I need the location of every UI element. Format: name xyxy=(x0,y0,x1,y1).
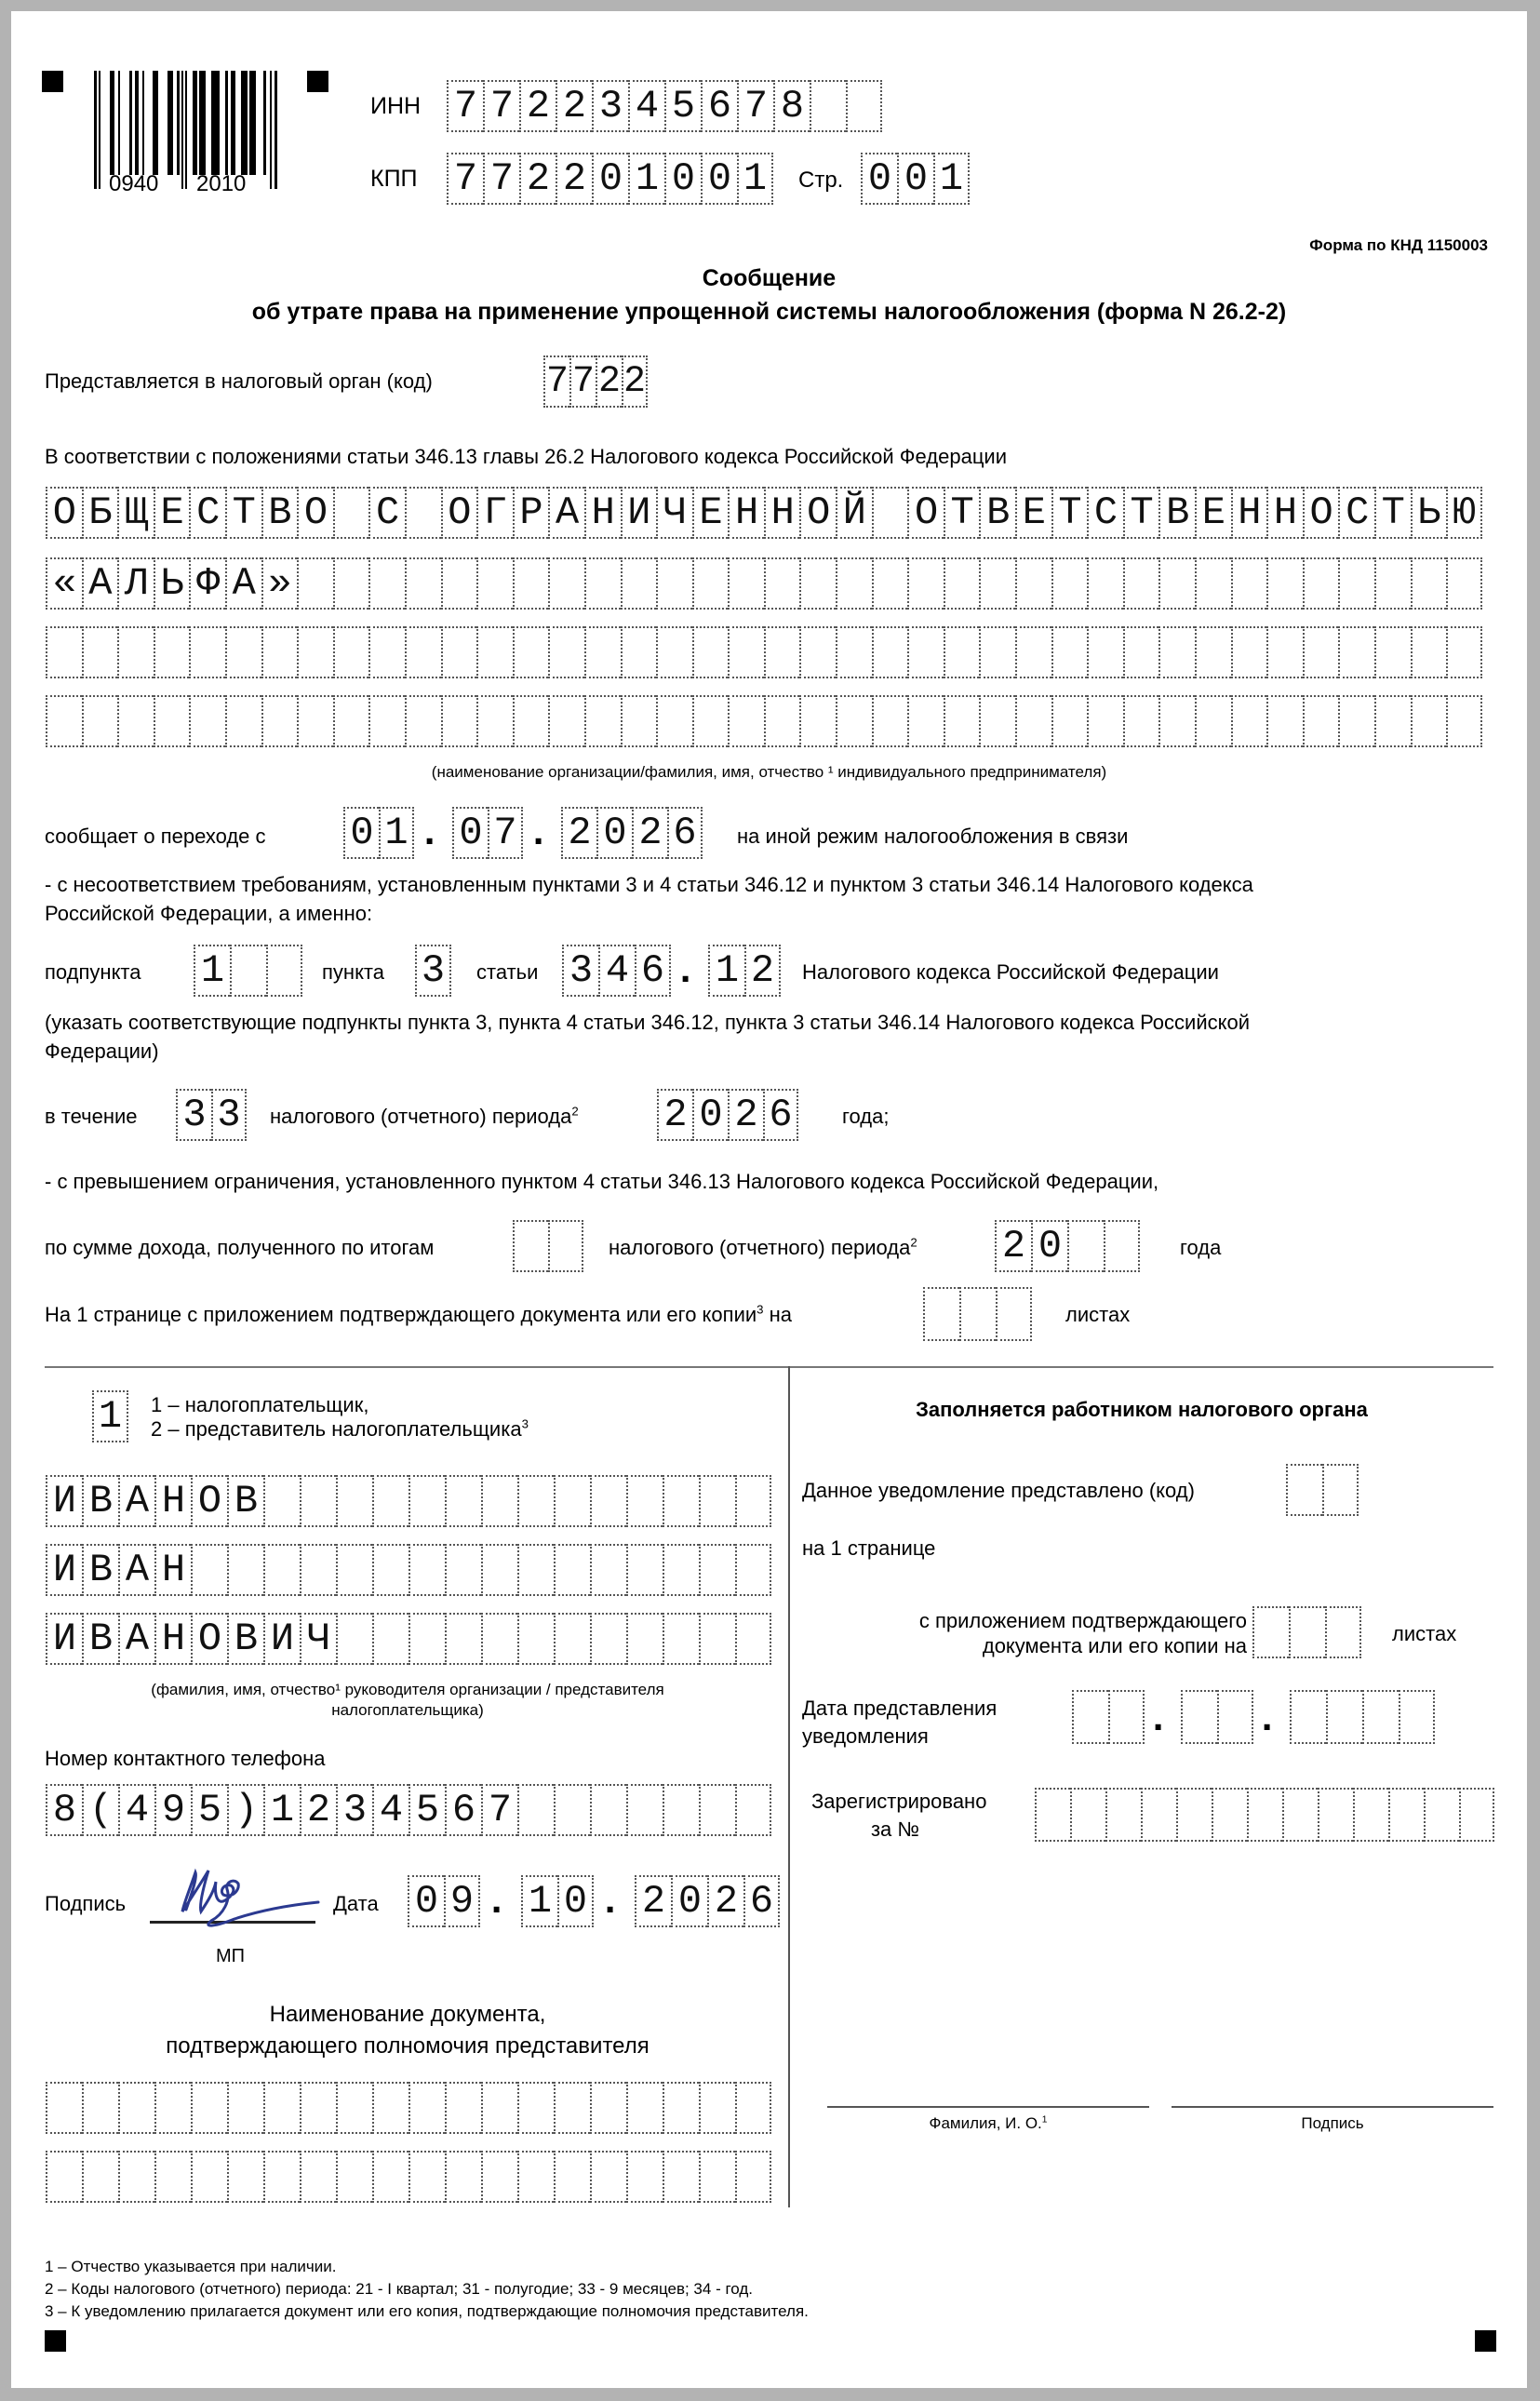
comb-cell[interactable] xyxy=(189,626,225,678)
comb-cell[interactable] xyxy=(1141,1788,1176,1842)
comb-cell[interactable] xyxy=(336,2151,372,2203)
comb-cell[interactable] xyxy=(1231,626,1267,678)
comb-cell[interactable] xyxy=(445,2151,481,2203)
comb-cell[interactable] xyxy=(261,626,298,678)
comb-cell[interactable] xyxy=(517,2082,554,2134)
comb-cell[interactable] xyxy=(513,1220,548,1272)
comb-cell[interactable] xyxy=(799,626,836,678)
comb-cell[interactable] xyxy=(735,2151,771,2203)
comb-cell[interactable]: 2 xyxy=(657,1089,692,1141)
comb-cell[interactable] xyxy=(408,1613,445,1665)
comb-cell[interactable] xyxy=(1231,695,1267,747)
comb-cell[interactable] xyxy=(441,626,477,678)
comb-cell[interactable]: 0 xyxy=(592,153,628,205)
comb-cell[interactable] xyxy=(1231,557,1267,610)
comb-cell[interactable] xyxy=(735,1613,771,1665)
comb-cell[interactable] xyxy=(481,1544,517,1596)
comb-cell[interactable]: И xyxy=(46,1613,82,1665)
comb-cell[interactable] xyxy=(372,1613,408,1665)
comb-cell[interactable] xyxy=(656,557,692,610)
period-code-field[interactable]: 33 xyxy=(176,1089,247,1141)
comb-cell[interactable] xyxy=(1266,695,1303,747)
comb-cell[interactable] xyxy=(1338,557,1374,610)
comb-cell[interactable] xyxy=(836,626,872,678)
comb-cell[interactable] xyxy=(663,2082,699,2134)
comb-cell[interactable] xyxy=(189,695,225,747)
comb-cell[interactable] xyxy=(297,695,333,747)
comb-cell[interactable]: 2 xyxy=(707,1875,743,1927)
comb-cell[interactable] xyxy=(554,2151,590,2203)
comb-cell[interactable] xyxy=(517,2151,554,2203)
comb-cell[interactable]: Т xyxy=(944,487,980,539)
reason2-period-code-field[interactable] xyxy=(513,1220,583,1272)
comb-cell[interactable] xyxy=(1195,626,1231,678)
comb-cell[interactable] xyxy=(1459,1788,1494,1842)
comb-cell[interactable] xyxy=(1318,1788,1353,1842)
comb-cell[interactable]: 1 xyxy=(92,1390,128,1442)
comb-cell[interactable]: О xyxy=(46,487,82,539)
comb-cell[interactable] xyxy=(82,626,118,678)
comb-cell[interactable] xyxy=(626,1544,663,1596)
comb-cell[interactable]: 6 xyxy=(635,945,671,997)
comb-cell[interactable] xyxy=(1087,626,1123,678)
comb-cell[interactable]: 3 xyxy=(592,80,628,132)
comb-cell[interactable] xyxy=(1087,557,1123,610)
comb-cell[interactable] xyxy=(590,2082,626,2134)
comb-cell[interactable]: 1 xyxy=(708,945,744,997)
comb-cell[interactable] xyxy=(548,1220,583,1272)
comb-cell[interactable] xyxy=(584,695,621,747)
comb-cell[interactable] xyxy=(445,1475,481,1527)
comb-cell[interactable] xyxy=(263,2082,300,2134)
transition-date-month[interactable]: 07 xyxy=(452,807,523,859)
comb-cell[interactable] xyxy=(333,626,369,678)
comb-cell[interactable]: Е xyxy=(692,487,729,539)
comb-cell[interactable] xyxy=(445,1544,481,1596)
comb-cell[interactable] xyxy=(1015,557,1051,610)
comb-cell[interactable]: Ф xyxy=(189,557,225,610)
comb-cell[interactable]: В xyxy=(979,487,1015,539)
comb-cell[interactable] xyxy=(227,2082,263,2134)
first-name-field[interactable]: ИВАН xyxy=(46,1544,771,1596)
comb-cell[interactable]: А xyxy=(548,487,584,539)
comb-cell[interactable] xyxy=(368,557,405,610)
signer-date-year[interactable]: 2026 xyxy=(635,1875,780,1927)
comb-cell[interactable]: 1 xyxy=(933,153,970,205)
comb-cell[interactable] xyxy=(405,557,441,610)
comb-cell[interactable] xyxy=(1303,626,1339,678)
comb-cell[interactable] xyxy=(1051,557,1088,610)
comb-cell[interactable] xyxy=(1411,626,1447,678)
comb-cell[interactable]: С xyxy=(1338,487,1374,539)
comb-cell[interactable] xyxy=(728,626,764,678)
comb-cell[interactable] xyxy=(923,1287,959,1341)
comb-cell[interactable] xyxy=(699,1475,735,1527)
comb-cell[interactable]: Р xyxy=(513,487,549,539)
comb-cell[interactable] xyxy=(590,1784,626,1836)
comb-cell[interactable] xyxy=(333,557,369,610)
comb-cell[interactable] xyxy=(445,2082,481,2134)
comb-cell[interactable]: 0 xyxy=(452,807,488,859)
comb-cell[interactable]: 2 xyxy=(519,80,556,132)
comb-cell[interactable]: И xyxy=(46,1544,82,1596)
comb-cell[interactable] xyxy=(548,626,584,678)
comb-cell[interactable] xyxy=(590,2151,626,2203)
registration-number-field[interactable] xyxy=(1035,1788,1494,1842)
comb-cell[interactable]: 3 xyxy=(336,1784,372,1836)
comb-cell[interactable] xyxy=(799,695,836,747)
comb-cell[interactable]: 9 xyxy=(444,1875,480,1927)
comb-cell[interactable]: 1 xyxy=(737,153,773,205)
comb-cell[interactable]: Е xyxy=(1195,487,1231,539)
comb-cell[interactable]: 3 xyxy=(415,945,451,997)
comb-cell[interactable] xyxy=(372,1475,408,1527)
comb-cell[interactable]: Е xyxy=(1015,487,1051,539)
comb-cell[interactable] xyxy=(1388,1788,1424,1842)
comb-cell[interactable] xyxy=(548,557,584,610)
comb-cell[interactable]: Г xyxy=(476,487,513,539)
comb-cell[interactable] xyxy=(1374,695,1411,747)
comb-cell[interactable] xyxy=(46,695,82,747)
comb-cell[interactable] xyxy=(225,695,261,747)
comb-cell[interactable] xyxy=(118,2082,154,2134)
comb-cell[interactable]: 0 xyxy=(343,807,379,859)
comb-cell[interactable]: Т xyxy=(1374,487,1411,539)
comb-cell[interactable]: ( xyxy=(82,1784,118,1836)
comb-cell[interactable] xyxy=(513,626,549,678)
doc-name-row-1[interactable] xyxy=(46,2082,771,2134)
comb-cell[interactable] xyxy=(1338,626,1374,678)
comb-cell[interactable]: 0 xyxy=(1031,1220,1067,1272)
comb-cell[interactable]: Ь xyxy=(1411,487,1447,539)
signer-date-month[interactable]: 10 xyxy=(521,1875,594,1927)
comb-cell[interactable] xyxy=(297,557,333,610)
comb-cell[interactable] xyxy=(1087,695,1123,747)
comb-cell[interactable] xyxy=(1015,626,1051,678)
comb-cell[interactable]: Ю xyxy=(1446,487,1482,539)
comb-cell[interactable]: 7 xyxy=(543,355,569,408)
comb-cell[interactable] xyxy=(1247,1788,1282,1842)
comb-cell[interactable] xyxy=(554,2082,590,2134)
comb-cell[interactable] xyxy=(1374,557,1411,610)
comb-cell[interactable] xyxy=(1217,1690,1253,1744)
comb-cell[interactable]: О xyxy=(799,487,836,539)
comb-cell[interactable]: 6 xyxy=(701,80,737,132)
comb-cell[interactable]: 5 xyxy=(191,1784,227,1836)
comb-cell[interactable] xyxy=(590,1544,626,1596)
comb-cell[interactable]: 2 xyxy=(561,807,596,859)
tax-authority-code-field[interactable]: 7722 xyxy=(543,355,648,408)
comb-cell[interactable]: А xyxy=(118,1613,154,1665)
comb-cell[interactable] xyxy=(481,2151,517,2203)
comb-cell[interactable] xyxy=(663,1475,699,1527)
comb-cell[interactable]: 8 xyxy=(773,80,810,132)
comb-cell[interactable] xyxy=(372,1544,408,1596)
comb-cell[interactable] xyxy=(368,695,405,747)
comb-cell[interactable] xyxy=(1286,1464,1322,1516)
transition-date-day[interactable]: 01 xyxy=(343,807,414,859)
comb-cell[interactable]: 6 xyxy=(743,1875,780,1927)
comb-cell[interactable] xyxy=(333,487,369,539)
comb-cell[interactable] xyxy=(405,487,441,539)
comb-cell[interactable] xyxy=(621,557,657,610)
comb-cell[interactable] xyxy=(408,1475,445,1527)
comb-cell[interactable]: 2 xyxy=(596,355,622,408)
comb-cell[interactable] xyxy=(836,695,872,747)
comb-cell[interactable] xyxy=(728,557,764,610)
submission-date-day[interactable] xyxy=(1072,1690,1145,1744)
comb-cell[interactable] xyxy=(764,695,800,747)
comb-cell[interactable] xyxy=(118,2151,154,2203)
comb-cell[interactable] xyxy=(300,2082,336,2134)
comb-cell[interactable]: 4 xyxy=(598,945,635,997)
comb-cell[interactable]: Н xyxy=(764,487,800,539)
comb-cell[interactable]: О xyxy=(191,1475,227,1527)
comb-cell[interactable] xyxy=(476,695,513,747)
reason2-year-field[interactable]: 20 xyxy=(995,1220,1140,1272)
comb-cell[interactable]: О xyxy=(297,487,333,539)
comb-cell[interactable] xyxy=(191,2082,227,2134)
comb-cell[interactable]: В xyxy=(82,1475,118,1527)
comb-cell[interactable] xyxy=(799,557,836,610)
comb-cell[interactable] xyxy=(408,2082,445,2134)
comb-cell[interactable] xyxy=(372,2151,408,2203)
comb-cell[interactable]: 2 xyxy=(556,153,592,205)
kpp-field[interactable]: 772201001 xyxy=(447,153,773,205)
comb-cell[interactable]: 1 xyxy=(379,807,414,859)
comb-cell[interactable] xyxy=(263,2151,300,2203)
subpoint-field[interactable]: 1 xyxy=(194,945,302,997)
comb-cell[interactable]: 5 xyxy=(408,1784,445,1836)
comb-cell[interactable]: А xyxy=(118,1544,154,1596)
reason1-year-field[interactable]: 2026 xyxy=(657,1089,798,1141)
comb-cell[interactable] xyxy=(735,2082,771,2134)
comb-cell[interactable] xyxy=(621,695,657,747)
comb-cell[interactable] xyxy=(1266,626,1303,678)
comb-cell[interactable]: О xyxy=(441,487,477,539)
comb-cell[interactable] xyxy=(959,1287,996,1341)
comb-cell[interactable]: 0 xyxy=(861,153,897,205)
comb-cell[interactable]: 1 xyxy=(263,1784,300,1836)
comb-cell[interactable] xyxy=(872,695,908,747)
comb-cell[interactable] xyxy=(1446,626,1482,678)
comb-cell[interactable]: 0 xyxy=(692,1089,728,1141)
comb-cell[interactable] xyxy=(699,1613,735,1665)
comb-cell[interactable] xyxy=(336,1475,372,1527)
comb-cell[interactable] xyxy=(154,2082,191,2134)
comb-cell[interactable]: 0 xyxy=(897,153,933,205)
comb-cell[interactable]: Н xyxy=(1266,487,1303,539)
comb-cell[interactable] xyxy=(1266,557,1303,610)
signer-date-day[interactable]: 09 xyxy=(408,1875,480,1927)
comb-cell[interactable]: 0 xyxy=(557,1875,594,1927)
comb-cell[interactable]: Н xyxy=(728,487,764,539)
comb-cell[interactable] xyxy=(46,626,82,678)
comb-cell[interactable] xyxy=(590,1613,626,1665)
comb-cell[interactable]: Т xyxy=(1051,487,1088,539)
comb-cell[interactable] xyxy=(1303,695,1339,747)
attachments-sheets-field[interactable] xyxy=(923,1287,1032,1341)
comb-cell[interactable] xyxy=(82,2082,118,2134)
comb-cell[interactable]: О xyxy=(191,1613,227,1665)
comb-cell[interactable] xyxy=(46,2151,82,2203)
comb-cell[interactable] xyxy=(154,2151,191,2203)
comb-cell[interactable]: И xyxy=(621,487,657,539)
comb-cell[interactable] xyxy=(266,945,302,997)
comb-cell[interactable] xyxy=(300,1544,336,1596)
comb-cell[interactable]: 2 xyxy=(556,80,592,132)
comb-cell[interactable] xyxy=(1104,1220,1140,1272)
comb-cell[interactable]: А xyxy=(225,557,261,610)
comb-cell[interactable] xyxy=(663,1784,699,1836)
comb-cell[interactable] xyxy=(699,2082,735,2134)
comb-cell[interactable] xyxy=(517,1613,554,1665)
comb-cell[interactable]: 2 xyxy=(728,1089,763,1141)
comb-cell[interactable] xyxy=(441,557,477,610)
comb-cell[interactable] xyxy=(554,1475,590,1527)
comb-cell[interactable]: В xyxy=(261,487,298,539)
comb-cell[interactable] xyxy=(1303,557,1339,610)
comb-cell[interactable] xyxy=(728,695,764,747)
comb-cell[interactable] xyxy=(810,80,846,132)
comb-cell[interactable]: 3 xyxy=(176,1089,211,1141)
comb-cell[interactable]: 6 xyxy=(445,1784,481,1836)
comb-cell[interactable] xyxy=(1325,1606,1361,1658)
comb-cell[interactable] xyxy=(656,695,692,747)
comb-cell[interactable] xyxy=(554,1784,590,1836)
comb-cell[interactable] xyxy=(944,695,980,747)
comb-cell[interactable] xyxy=(1289,1606,1325,1658)
comb-cell[interactable] xyxy=(735,1544,771,1596)
comb-cell[interactable]: 7 xyxy=(483,153,519,205)
comb-cell[interactable] xyxy=(907,557,944,610)
comb-cell[interactable] xyxy=(1290,1690,1326,1744)
comb-cell[interactable] xyxy=(626,2151,663,2203)
comb-cell[interactable]: 2 xyxy=(300,1784,336,1836)
comb-cell[interactable] xyxy=(1374,626,1411,678)
comb-cell[interactable] xyxy=(1195,695,1231,747)
comb-cell[interactable] xyxy=(405,626,441,678)
comb-cell[interactable] xyxy=(336,1613,372,1665)
comb-cell[interactable] xyxy=(441,695,477,747)
comb-cell[interactable] xyxy=(227,1544,263,1596)
comb-cell[interactable] xyxy=(517,1784,554,1836)
comb-cell[interactable]: В xyxy=(82,1544,118,1596)
comb-cell[interactable]: 1 xyxy=(194,945,230,997)
comb-cell[interactable] xyxy=(692,626,729,678)
comb-cell[interactable]: Л xyxy=(117,557,154,610)
comb-cell[interactable] xyxy=(1158,557,1195,610)
comb-cell[interactable]: Ч xyxy=(656,487,692,539)
comb-cell[interactable] xyxy=(154,626,190,678)
comb-cell[interactable] xyxy=(297,626,333,678)
signer-type-field[interactable]: 1 xyxy=(92,1390,128,1442)
comb-cell[interactable] xyxy=(1411,557,1447,610)
organization-name-row-3[interactable] xyxy=(46,626,1482,678)
comb-cell[interactable] xyxy=(692,695,729,747)
comb-cell[interactable] xyxy=(408,2151,445,2203)
comb-cell[interactable]: Б xyxy=(82,487,118,539)
comb-cell[interactable]: 2 xyxy=(632,807,667,859)
comb-cell[interactable] xyxy=(764,626,800,678)
comb-cell[interactable]: 0 xyxy=(701,153,737,205)
comb-cell[interactable] xyxy=(300,1475,336,1527)
comb-cell[interactable]: 3 xyxy=(562,945,598,997)
comb-cell[interactable]: Н xyxy=(154,1613,191,1665)
comb-cell[interactable]: 4 xyxy=(628,80,664,132)
comb-cell[interactable]: А xyxy=(82,557,118,610)
comb-cell[interactable]: А xyxy=(118,1475,154,1527)
comb-cell[interactable] xyxy=(1015,695,1051,747)
comb-cell[interactable] xyxy=(1051,626,1088,678)
comb-cell[interactable] xyxy=(82,695,118,747)
comb-cell[interactable] xyxy=(300,2151,336,2203)
comb-cell[interactable] xyxy=(1338,695,1374,747)
comb-cell[interactable]: И xyxy=(263,1613,300,1665)
comb-cell[interactable] xyxy=(1067,1220,1104,1272)
comb-cell[interactable] xyxy=(621,626,657,678)
comb-cell[interactable] xyxy=(117,626,154,678)
comb-cell[interactable] xyxy=(1446,557,1482,610)
comb-cell[interactable] xyxy=(481,1613,517,1665)
comb-cell[interactable] xyxy=(46,2082,82,2134)
comb-cell[interactable]: 3 xyxy=(211,1089,247,1141)
comb-cell[interactable]: С xyxy=(1087,487,1123,539)
comb-cell[interactable]: Н xyxy=(584,487,621,539)
comb-cell[interactable]: Ь xyxy=(154,557,190,610)
comb-cell[interactable] xyxy=(1446,695,1482,747)
comb-cell[interactable]: В xyxy=(227,1475,263,1527)
comb-cell[interactable] xyxy=(907,626,944,678)
comb-cell[interactable]: « xyxy=(46,557,82,610)
comb-cell[interactable]: 7 xyxy=(447,153,483,205)
comb-cell[interactable]: В xyxy=(1158,487,1195,539)
comb-cell[interactable] xyxy=(372,2082,408,2134)
comb-cell[interactable]: Т xyxy=(225,487,261,539)
comb-cell[interactable] xyxy=(1072,1690,1108,1744)
comb-cell[interactable]: 2 xyxy=(635,1875,671,1927)
comb-cell[interactable] xyxy=(1105,1788,1141,1842)
comb-cell[interactable]: 0 xyxy=(664,153,701,205)
comb-cell[interactable] xyxy=(626,2082,663,2134)
phone-field[interactable]: 8(495)1234567 xyxy=(46,1784,771,1836)
comb-cell[interactable] xyxy=(117,695,154,747)
comb-cell[interactable] xyxy=(1123,626,1159,678)
article-main-field[interactable]: 346 xyxy=(562,945,671,997)
point-field[interactable]: 3 xyxy=(415,945,451,997)
submitted-code-field[interactable] xyxy=(1286,1464,1359,1516)
organization-name-row-4[interactable] xyxy=(46,695,1482,747)
comb-cell[interactable] xyxy=(554,1613,590,1665)
comb-cell[interactable]: 7 xyxy=(483,80,519,132)
comb-cell[interactable] xyxy=(333,695,369,747)
comb-cell[interactable] xyxy=(656,626,692,678)
comb-cell[interactable]: 0 xyxy=(671,1875,707,1927)
article-sub-field[interactable]: 12 xyxy=(708,945,781,997)
comb-cell[interactable] xyxy=(513,695,549,747)
comb-cell[interactable]: С xyxy=(189,487,225,539)
comb-cell[interactable] xyxy=(445,1613,481,1665)
comb-cell[interactable] xyxy=(1411,695,1447,747)
comb-cell[interactable] xyxy=(1181,1690,1217,1744)
comb-cell[interactable] xyxy=(154,695,190,747)
comb-cell[interactable] xyxy=(336,1544,372,1596)
transition-date-year[interactable]: 2026 xyxy=(561,807,703,859)
comb-cell[interactable] xyxy=(263,1544,300,1596)
comb-cell[interactable] xyxy=(944,626,980,678)
comb-cell[interactable] xyxy=(548,695,584,747)
comb-cell[interactable] xyxy=(1322,1464,1359,1516)
